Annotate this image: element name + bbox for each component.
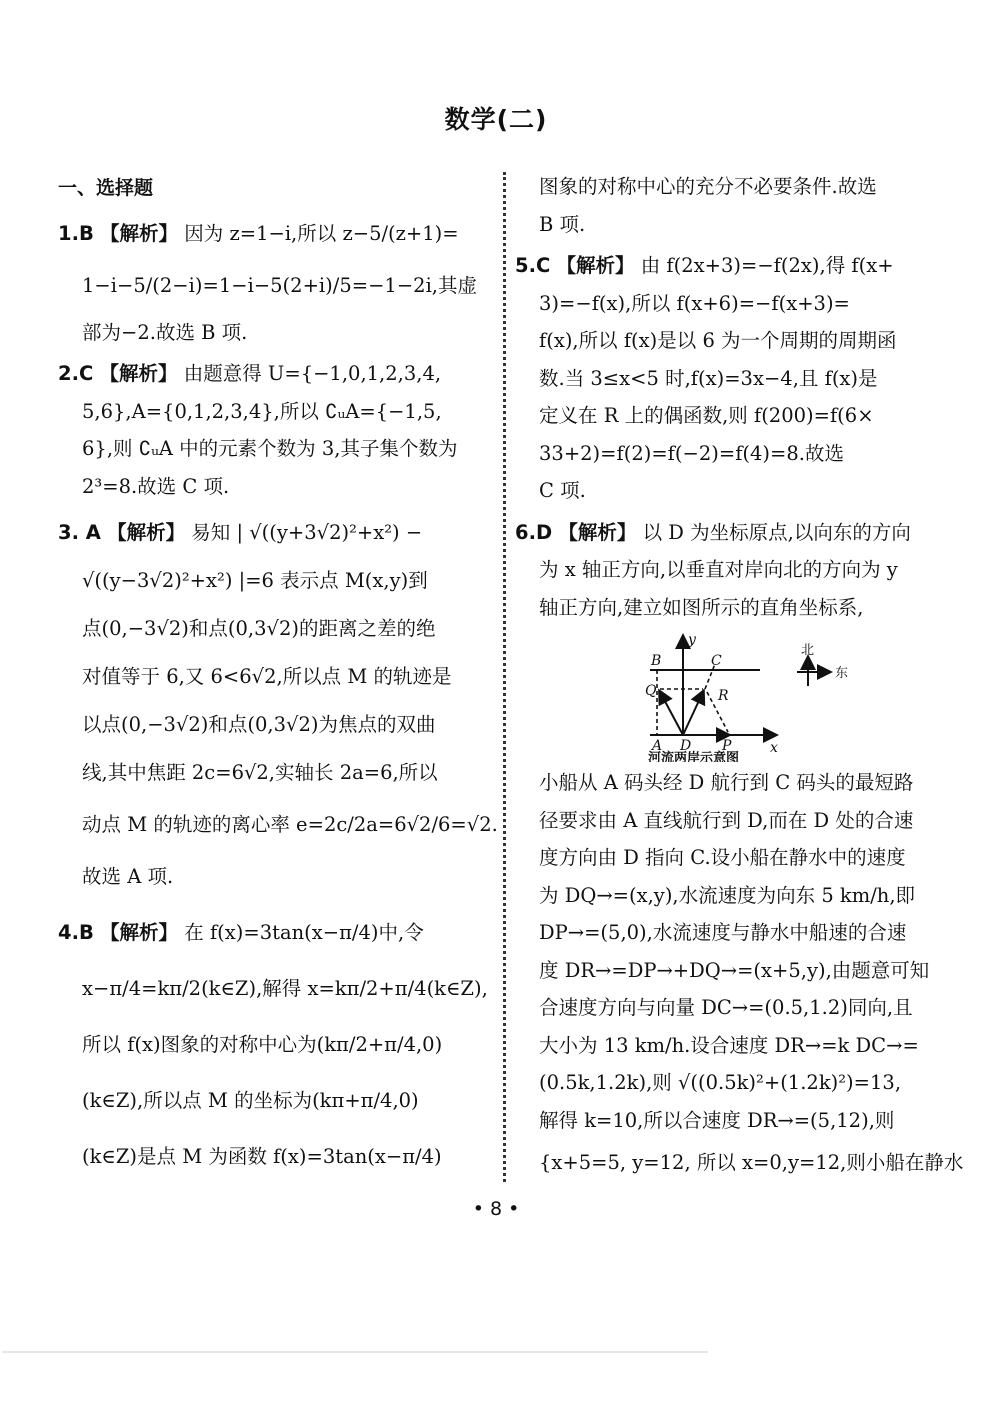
answer-line: 数.当 3≤x<5 时,f(x)=3x−4,且 f(x)是 [515, 360, 955, 398]
river-diagram-figure: B C Q R A D P x y 北 东 河流两岸示意图 [640, 632, 880, 762]
answer-line: 动点 M 的轨迹的离心率 e=2c/2a=6√2/6=√2. [58, 797, 498, 853]
answer-line: (k∈Z)是点 M 为函数 f(x)=3tan(x−π/4) [58, 1129, 498, 1185]
answer-line: (k∈Z),所以点 M 的坐标为(kπ+π/4,0) [58, 1073, 498, 1129]
bottom-rule [2, 1351, 708, 1353]
answer-number: 5.C [515, 254, 550, 277]
svg-text:R: R [717, 688, 729, 704]
svg-text:y: y [687, 632, 697, 648]
answer-line: 图象的对称中心的充分不必要条件.故选 [515, 168, 955, 206]
section-heading: 一、选择题 [58, 170, 498, 208]
answer-line: {x+5=5, y=12, 所以 x=0,y=12,则小船在静水 [515, 1139, 955, 1187]
answer-line: f(x),所以 f(x)是以 6 为一个周期的周期函 [515, 322, 955, 360]
answer-item-3: 3. A 【解析】 易知 | √((y+3√2)²+x²) − √((y−3√2… [58, 509, 498, 901]
analysis-tag: 【解析】 [557, 254, 635, 277]
river-diagram: B C Q R A D P x y 北 东 河流两岸示意图 [515, 632, 955, 760]
analysis-tag: 【解析】 [100, 222, 178, 245]
svg-text:Q: Q [645, 683, 657, 699]
answer-line: 所以 f(x)图象的对称中心为(kπ/2+π/4,0) [58, 1017, 498, 1073]
answer-line: 部为−2.故选 B 项. [58, 314, 498, 352]
answer-line: 度 DR→=DP→+DQ→=(x+5,y),由题意可知 [515, 952, 955, 990]
svg-text:B: B [650, 653, 661, 669]
answer-line: 小船从 A 码头经 D 航行到 C 码头的最短路 [515, 764, 955, 802]
answer-text: 在 f(x)=3tan(x−π/4)中,令 [184, 921, 423, 944]
answer-line: 大小为 13 km/h.设合速度 DR→=k DC→= [515, 1027, 955, 1065]
answer-number: 6.D [515, 521, 552, 544]
figure-caption: 河流两岸示意图 [648, 750, 739, 762]
continuation-item-4: 图象的对称中心的充分不必要条件.故选 B 项. [515, 168, 955, 243]
answer-text: 由 f(2x+3)=−f(2x),得 f(x+ [641, 254, 894, 277]
answer-number: 2.C [58, 362, 93, 385]
answer-text: 因为 z=1−i,所以 z−5/(z+1)= [184, 222, 458, 245]
answer-line: 3)=−f(x),所以 f(x+6)=−f(x+3)= [515, 285, 955, 323]
answer-line: 度方向由 D 指向 C.设小船在静水中的速度 [515, 839, 955, 877]
answer-line: 5.C 【解析】 由 f(2x+3)=−f(2x),得 f(x+ [515, 247, 955, 285]
analysis-tag: 【解析】 [100, 921, 178, 944]
answer-line: 解得 k=10,所以合速度 DR→=(5,12),则 [515, 1102, 955, 1140]
answer-line: 线,其中焦距 2c=6√2,实轴长 2a=6,所以 [58, 749, 498, 797]
left-column: 一、选择题 1.B 【解析】 因为 z=1−i,所以 z−5/(z+1)= 1−… [58, 170, 498, 1189]
right-column: 图象的对称中心的充分不必要条件.故选 B 项. 5.C 【解析】 由 f(2x+… [515, 168, 955, 1191]
svg-text:x: x [770, 740, 778, 756]
answer-line: 33+2)=f(2)=f(−2)=f(4)=8.故选 [515, 435, 955, 473]
answer-line: 2³=8.故选 C 项. [58, 468, 498, 506]
answer-item-1: 1.B 【解析】 因为 z=1−i,所以 z−5/(z+1)= 1−i−5/(2… [58, 210, 498, 352]
answer-line: 对值等于 6,又 6<6√2,所以点 M 的轨迹是 [58, 653, 498, 701]
answer-number: 3. A [58, 521, 101, 544]
answer-number: 4.B [58, 921, 94, 944]
answer-line: 6},则 ∁ᵤA 中的元素个数为 3,其子集个数为 [58, 430, 498, 468]
svg-text:C: C [711, 653, 722, 669]
answer-line: (0.5k,1.2k),则 √((0.5k)²+(1.2k)²)=13, [515, 1064, 955, 1102]
answer-line: 合速度方向与向量 DC→=(0.5,1.2)同向,且 [515, 989, 955, 1027]
answer-line: 为 DQ→=(x,y),水流速度为向东 5 km/h,即 [515, 877, 955, 915]
answer-text: 由题意得 U={−1,0,1,2,3,4, [184, 362, 441, 385]
answer-line: 点(0,−3√2)和点(0,3√2)的距离之差的绝 [58, 605, 498, 653]
answer-line: DP→=(5,0),水流速度与静水中船速的合速 [515, 914, 955, 952]
answer-line: 故选 A 项. [58, 853, 498, 901]
answer-line: 1.B 【解析】 因为 z=1−i,所以 z−5/(z+1)= [58, 210, 498, 258]
answer-item-4: 4.B 【解析】 在 f(x)=3tan(x−π/4)中,令 x−π/4=kπ/… [58, 905, 498, 1185]
answer-item-6: 6.D 【解析】 以 D 为坐标原点,以向东的方向 为 x 轴正方向,以垂直对岸… [515, 514, 955, 1188]
answer-line: 6.D 【解析】 以 D 为坐标原点,以向东的方向 [515, 514, 955, 552]
answer-line: 3. A 【解析】 易知 | √((y+3√2)²+x²) − [58, 509, 498, 557]
analysis-tag: 【解析】 [107, 521, 185, 544]
page-number: • 8 • [0, 1198, 992, 1220]
analysis-tag: 【解析】 [558, 521, 636, 544]
compass-east-label: 东 [835, 666, 848, 681]
answer-line: 4.B 【解析】 在 f(x)=3tan(x−π/4)中,令 [58, 905, 498, 961]
answer-line: 5,6},A={0,1,2,3,4},所以 ∁ᵤA={−1,5, [58, 393, 498, 431]
page-title: 数学(二) [0, 100, 992, 136]
column-divider [503, 172, 506, 1182]
answer-line: √((y−3√2)²+x²) |=6 表示点 M(x,y)到 [58, 557, 498, 605]
answer-text: 以 D 为坐标原点,以向东的方向 [643, 521, 911, 544]
answer-text: 易知 | √((y+3√2)²+x²) − [191, 521, 422, 544]
answer-line: C 项. [515, 472, 955, 510]
compass-north-label: 北 [801, 643, 814, 658]
answer-line: 1−i−5/(2−i)=1−i−5(2+i)/5=−1−2i,其虚 [58, 258, 498, 314]
analysis-tag: 【解析】 [100, 362, 178, 385]
answer-line: B 项. [515, 206, 955, 244]
answer-item-2: 2.C 【解析】 由题意得 U={−1,0,1,2,3,4, 5,6},A={0… [58, 355, 498, 505]
answer-line: 以点(0,−3√2)和点(0,3√2)为焦点的双曲 [58, 701, 498, 749]
answer-line: 定义在 R 上的偶函数,则 f(200)=f(6× [515, 397, 955, 435]
answer-line: x−π/4=kπ/2(k∈Z),解得 x=kπ/2+π/4(k∈Z), [58, 961, 498, 1017]
answer-line: 为 x 轴正方向,以垂直对岸向北的方向为 y [515, 551, 955, 589]
answer-line: 2.C 【解析】 由题意得 U={−1,0,1,2,3,4, [58, 355, 498, 393]
answer-item-5: 5.C 【解析】 由 f(2x+3)=−f(2x),得 f(x+ 3)=−f(x… [515, 247, 955, 510]
answer-line: 轴正方向,建立如图所示的直角坐标系, [515, 589, 955, 627]
answer-number: 1.B [58, 222, 94, 245]
answer-line: 径要求由 A 直线航行到 D,而在 D 处的合速 [515, 802, 955, 840]
